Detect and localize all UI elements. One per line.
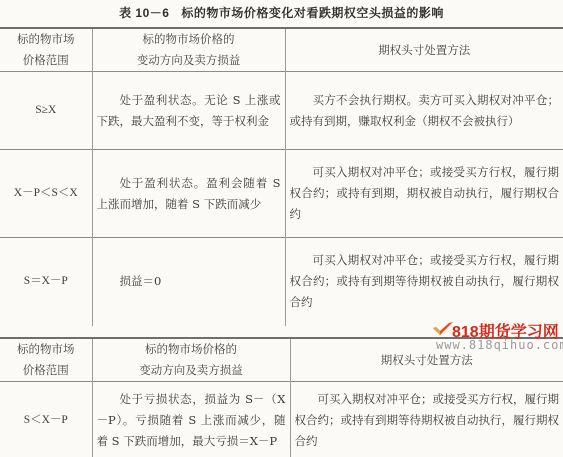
cell-range: S≥X bbox=[0, 72, 92, 150]
table-header-row: 标的物市场价格范围 标的物市场价格的变动方向及卖方损益 期权头寸处置方法 bbox=[0, 28, 563, 72]
table-row: X－P＜S＜X 处于盈利状态。盈利会随着 S 上涨而增加，随着 S 下跌而减少 … bbox=[0, 150, 563, 238]
table-row: S＝X－P 损益＝0 可买入期权对冲平仓；或接受买方行权，履行期权合约；或持有到… bbox=[0, 238, 563, 326]
header-price-range: 标的物市场价格范围 bbox=[0, 338, 92, 382]
table-row: S＜X－P 处于亏损状态，损益为 S－（X－P）。亏损随着 S 上涨而减少，随着… bbox=[0, 382, 563, 457]
header-direction-pnl: 标的物市场价格的变动方向及卖方损益 bbox=[92, 338, 290, 382]
table-title: 标的物市场价格变化对看跌期权空头损益的影响 bbox=[181, 6, 444, 20]
header-price-range: 标的物市场价格范围 bbox=[0, 28, 92, 72]
cell-action: 买方不会执行期权。卖方可买入期权对冲平仓；或持有到期，赚取权利金（期权不会被执行… bbox=[285, 72, 563, 150]
checkmark-logo-icon bbox=[432, 320, 454, 336]
cell-pnl: 处于亏损状态，损益为 S－（X－P）。亏损随着 S 上涨而减少，随着 S 下跌而… bbox=[92, 382, 290, 457]
header-direction-pnl: 标的物市场价格的变动方向及卖方损益 bbox=[92, 28, 285, 72]
cell-action: 可买入期权对冲平仓；或接受买方行权，履行期权合约；或持有到期等待期权被自动执行，… bbox=[285, 238, 563, 326]
site-watermark: 818期货学习网 www.818qihuo.com bbox=[432, 320, 563, 356]
cell-pnl: 处于盈利状态。无论 S 上涨或下跌，最大盈利不变，等于权利金 bbox=[92, 72, 285, 150]
cell-pnl: 损益＝0 bbox=[92, 238, 285, 326]
options-table-part1: 标的物市场价格范围 标的物市场价格的变动方向及卖方损益 期权头寸处置方法 S≥X… bbox=[0, 27, 563, 326]
table-number: 表 10－6 bbox=[119, 6, 169, 20]
cell-range: S＜X－P bbox=[0, 382, 92, 457]
watermark-url: www.818qihuo.com bbox=[436, 338, 563, 352]
table-caption: 表 10－6标的物市场价格变化对看跌期权空头损益的影响 bbox=[0, 4, 563, 21]
cell-action: 可买入期权对冲平仓；或接受买方行权，履行期权合约；或持有到期等待期权被自动执行，… bbox=[290, 382, 563, 457]
cell-range: X－P＜S＜X bbox=[0, 150, 92, 238]
cell-action: 可买入期权对冲平仓；或接受买方行权，履行期权合约；或持有到期，期权被自动执行，履… bbox=[285, 150, 563, 238]
table-row: S≥X 处于盈利状态。无论 S 上涨或下跌，最大盈利不变，等于权利金 买方不会执… bbox=[0, 72, 563, 150]
header-position-handling: 期权头寸处置方法 bbox=[285, 28, 563, 72]
cell-range: S＝X－P bbox=[0, 238, 92, 326]
cell-pnl: 处于盈利状态。盈利会随着 S 上涨而增加，随着 S 下跌而减少 bbox=[92, 150, 285, 238]
